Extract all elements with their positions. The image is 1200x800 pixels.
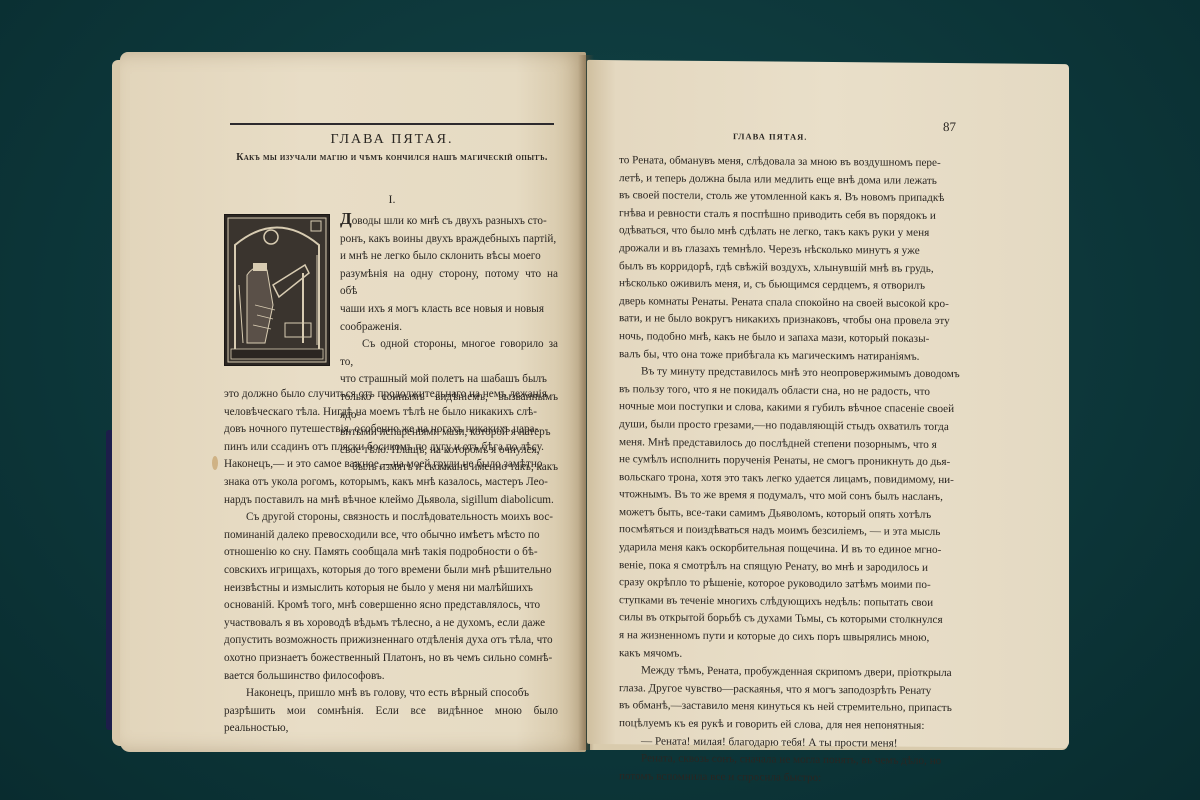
chapter-title: ГЛАВА ПЯТАЯ. [230,132,554,148]
chapter-subtitle: Какъ мы изучали магію и чѣмъ кончился на… [220,152,564,163]
section-number: I. [220,192,564,207]
right-page-body: то Рената, обманувъ меня, слѣдовала за м… [619,152,989,789]
page-number: 87 [943,119,956,135]
right-page: ГЛАВА ПЯТАЯ. 87 то Рената, обманувъ меня… [587,60,1069,748]
paper-stain [212,456,218,470]
drop-cap: Д [340,209,352,228]
left-page-body: это должно было случиться отъ продолжите… [224,386,558,738]
chapter-rule [230,123,554,125]
open-book: ГЛАВА ПЯТАЯ. Какъ мы изучали магію и чѣм… [0,0,1200,800]
running-head: ГЛАВА ПЯТАЯ. [733,131,807,142]
scholar-at-desk-woodcut-icon [224,214,330,366]
left-page: ГЛАВА ПЯТАЯ. Какъ мы изучали магію и чѣм… [120,52,586,752]
